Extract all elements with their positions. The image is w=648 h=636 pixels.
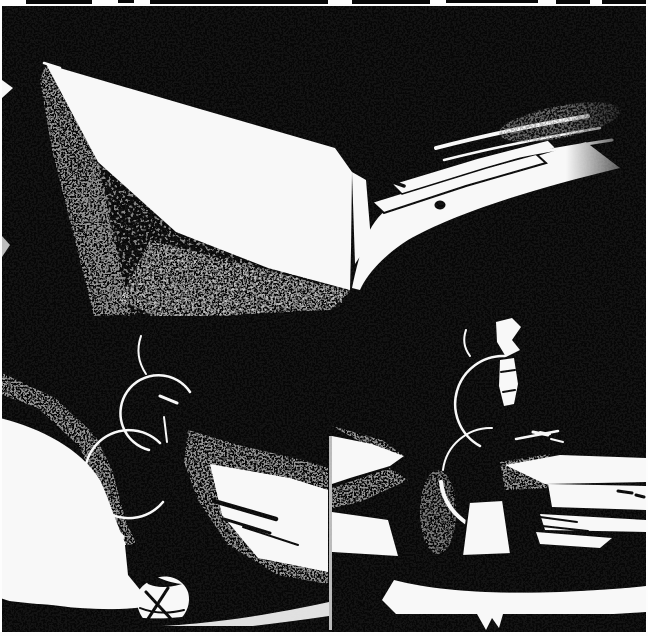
binder-photograph: High-contrast black-and-white halftone p… — [0, 0, 648, 636]
binder-photo-svg: High-contrast black-and-white halftone p… — [0, 0, 648, 636]
photocopy-page: High-contrast black-and-white halftone p… — [0, 0, 648, 636]
photocopy-grain-overlay — [2, 6, 646, 632]
